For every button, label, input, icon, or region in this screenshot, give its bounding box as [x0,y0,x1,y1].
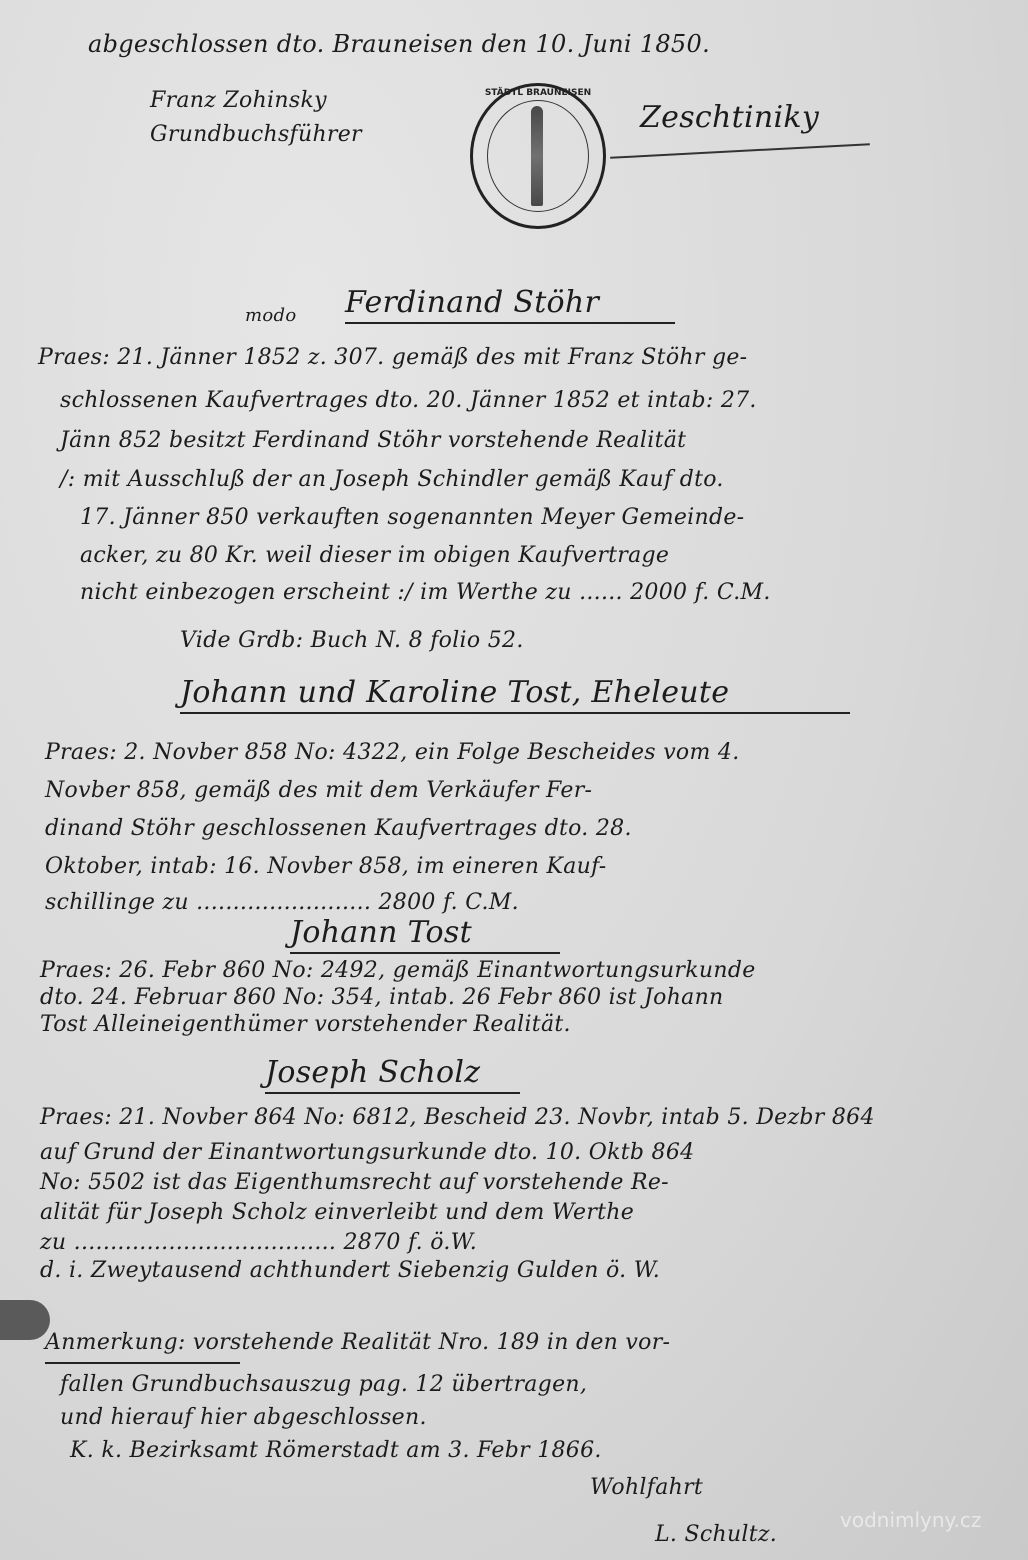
signature-flourish [610,143,870,159]
thumb-shadow [0,1300,50,1340]
entry-line: nicht einbezogen erscheint :/ im Werthe … [80,580,771,605]
closing-line: abgeschlossen dto. Brauneisen den 10. Ju… [88,30,710,58]
entry-line: schillinge zu ........................ 2… [45,890,519,915]
entry-line: zu .................................... … [40,1230,477,1255]
stamp-emblem-icon [531,106,543,206]
entry-line: Oktober, intab: 16. Novber 858, im einer… [45,854,607,879]
entry-name-johann-tost: Johann Tost [290,915,560,954]
entry-line: acker, zu 80 Kr. weil dieser im obigen K… [80,543,669,568]
entry-line: schlossenen Kaufvertrages dto. 20. Jänne… [60,388,757,413]
entry-line: Praes: 2. Novber 858 No: 4322, ein Folge… [45,740,740,765]
entry-line: d. i. Zweytausend achthundert Siebenzig … [40,1258,660,1283]
entry-line: Tost Alleineigenthümer vorstehender Real… [40,1012,571,1037]
stamp-text: STÄDTL BRAUNEISEN [473,88,603,98]
right-signature: Zeschtiniky [640,100,819,135]
entry-prefix: modo [245,305,296,326]
entry-line: dinand Stöhr geschlossenen Kaufvertrages… [45,816,632,841]
entry-line: alität für Joseph Scholz einverleibt und… [40,1200,634,1225]
left-signature-name: Franz Zohinsky [150,88,327,113]
footer-signature-1: Wohlfahrt [590,1475,703,1500]
entry-line: auf Grund der Einantwortungsurkunde dto.… [40,1140,694,1165]
document-page: abgeschlossen dto. Brauneisen den 10. Ju… [0,0,1028,1560]
annotation-line: und hierauf hier abgeschlossen. [60,1405,427,1430]
entry-reference: Vide Grdb: Buch N. 8 folio 52. [180,628,524,653]
entry-line: /: mit Ausschluß der an Joseph Schindler… [60,467,724,492]
entry-name-johann-karoline-tost: Johann und Karoline Tost, Eheleute [180,675,850,714]
annotation-line: fallen Grundbuchsauszug pag. 12 übertrag… [60,1372,587,1397]
entry-line: Novber 858, gemäß des mit dem Verkäufer … [45,778,592,803]
official-seal-stamp: STÄDTL BRAUNEISEN [470,83,606,229]
entry-line: 17. Jänner 850 verkauften sogenannten Me… [80,505,744,530]
footer-signature-2: L. Schultz. [655,1522,777,1547]
left-signature-title: Grundbuchsführer [150,122,362,147]
entry-line: dto. 24. Februar 860 No: 354, intab. 26 … [40,985,724,1010]
annotation-line: Anmerkung: vorstehende Realität Nro. 189… [45,1330,670,1355]
annotation-underline [45,1362,240,1364]
watermark-text: vodnimlyny.cz [840,1508,981,1532]
entry-name-joseph-scholz: Joseph Scholz [265,1055,520,1094]
entry-line: Jänn 852 besitzt Ferdinand Stöhr vorsteh… [60,428,686,453]
entry-line: No: 5502 ist das Eigenthumsrecht auf vor… [40,1170,669,1195]
entry-line: Praes: 26. Febr 860 No: 2492, gemäß Eina… [40,958,756,983]
entry-line: Praes: 21. Novber 864 No: 6812, Bescheid… [40,1105,875,1130]
entry-line: Praes: 21. Jänner 1852 z. 307. gemäß des… [38,345,747,370]
entry-name-ferdinand-stohr: Ferdinand Stöhr [345,285,675,324]
annotation-line: K. k. Bezirksamt Römerstadt am 3. Febr 1… [70,1438,602,1463]
